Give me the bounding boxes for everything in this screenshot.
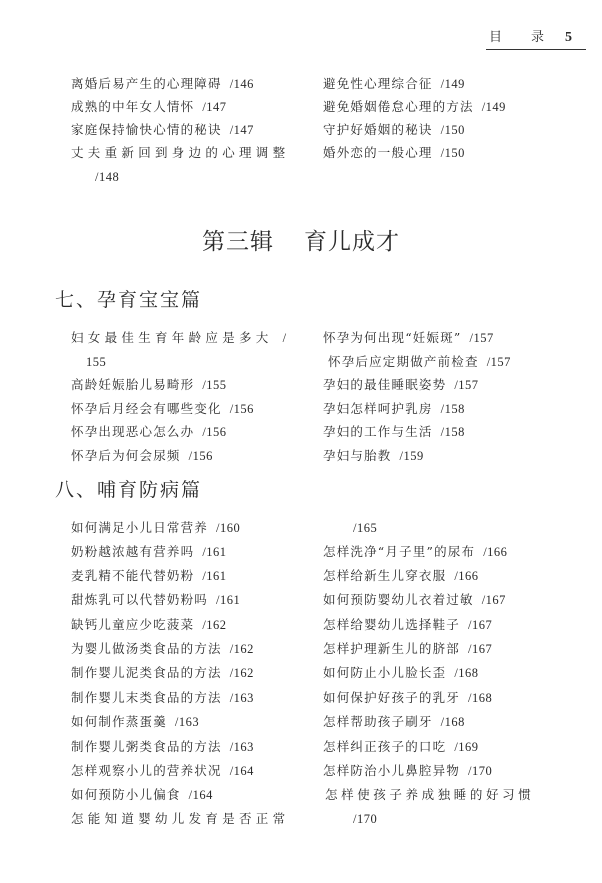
toc-entry: 甜炼乳可以代替奶粉吗/161 <box>71 592 240 608</box>
toc-entry: 怎能知道婴幼儿发育是否正常 <box>71 811 289 827</box>
toc-entry: 怎样护理新生儿的脐部/167 <box>323 641 492 657</box>
toc-entry: 家庭保持愉快心情的秘诀/147 <box>71 122 254 138</box>
toc-entry: 制作婴儿泥类食品的方法/162 <box>71 665 254 681</box>
toc-entry: 制作婴儿末类食品的方法/163 <box>71 690 254 706</box>
toc-entry: 怎样使孩子养成独睡的好习惯 <box>325 787 534 803</box>
toc-entry: 怎样帮助孩子刷牙/168 <box>323 714 465 730</box>
toc-entry: 避免婚姻倦怠心理的方法/149 <box>323 99 506 115</box>
toc-entry: 奶粉越浓越有营养吗/161 <box>71 544 227 560</box>
toc-entry: 怎样防治小儿鼻腔异物/170 <box>323 763 492 779</box>
header-label-contents-1: 目 <box>489 30 502 46</box>
toc-entry: 怎样观察小儿的营养状况/164 <box>71 763 254 779</box>
section-title-7: 七、孕育宝宝篇 <box>55 288 202 312</box>
toc-entry: 怀孕出现恶心怎么办/156 <box>71 424 227 440</box>
toc-entry: 缺钙儿童应少吃菠菜/162 <box>71 617 227 633</box>
toc-entry: 妇女最佳生育年龄应是多大/ <box>71 330 287 346</box>
toc-entry: 成熟的中年女人情怀/147 <box>71 99 227 115</box>
toc-entry: 孕妇与胎教/159 <box>323 448 424 464</box>
header-label-contents-2: 录 <box>531 30 544 46</box>
toc-entry: 为婴儿做汤类食品的方法/162 <box>71 641 254 657</box>
toc-entry-page: /170 <box>353 811 377 827</box>
toc-entry: 如何保护好孩子的乳牙/168 <box>323 690 492 706</box>
toc-entry-page: /148 <box>95 169 119 185</box>
toc-entry-page: /165 <box>353 520 377 536</box>
part-title: 第三辑育儿成才 <box>0 228 602 256</box>
toc-entry: 怎样给婴幼儿选择鞋子/167 <box>323 617 492 633</box>
toc-entry: 孕妇的工作与生活/158 <box>323 424 465 440</box>
part-name: 育儿成才 <box>304 229 400 255</box>
part-number: 第三辑 <box>202 229 274 255</box>
toc-entry: 如何防止小儿脸长歪/168 <box>323 665 479 681</box>
toc-entry: 守护好婚姻的秘诀/150 <box>323 122 465 138</box>
toc-entry: 丈夫重新回到身边的心理调整 <box>71 145 289 161</box>
page-number: 5 <box>565 30 572 46</box>
toc-entry: 如何预防小儿偏食/164 <box>71 787 213 803</box>
toc-entry: 如何制作蒸蛋羹/163 <box>71 714 199 730</box>
toc-entry: 高龄妊娠胎儿易畸形/155 <box>71 377 227 393</box>
toc-entry: 离婚后易产生的心理障碍/146 <box>71 76 254 92</box>
toc-entry: 制作婴儿粥类食品的方法/163 <box>71 739 254 755</box>
toc-entry: 孕妇怎样呵护乳房/158 <box>323 401 465 417</box>
toc-entry: 怀孕后月经会有哪些变化/156 <box>71 401 254 417</box>
toc-entry: 如何预防婴幼儿衣着过敏/167 <box>323 592 506 608</box>
toc-entry: 避免性心理综合征/149 <box>323 76 465 92</box>
toc-entry: 如何满足小儿日常营养/160 <box>71 520 240 536</box>
section-title-8: 八、哺育防病篇 <box>55 478 202 502</box>
toc-entry: 怀孕后为何会尿频/156 <box>71 448 213 464</box>
toc-entry: 怎样给新生儿穿衣服/166 <box>323 568 479 584</box>
toc-entry: 怎样纠正孩子的口吃/169 <box>323 739 479 755</box>
toc-entry-page: 155 <box>86 354 106 370</box>
toc-entry: 婚外恋的一般心理/150 <box>323 145 465 161</box>
toc-entry: 怀孕后应定期做产前检查/157 <box>328 354 511 370</box>
toc-entry: 怎样洗净“月子里”的尿布/166 <box>323 544 507 560</box>
toc-entry: 麦乳精不能代替奶粉/161 <box>71 568 227 584</box>
toc-entry: 孕妇的最佳睡眠姿势/157 <box>323 377 479 393</box>
running-header: 目 录 5 <box>486 30 586 50</box>
toc-entry: 怀孕为何出现“妊娠斑”/157 <box>323 330 494 346</box>
